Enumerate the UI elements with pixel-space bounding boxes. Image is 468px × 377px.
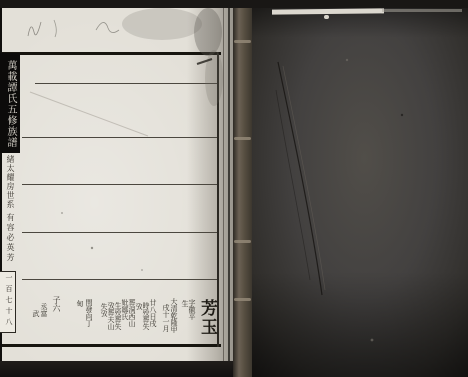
side-generation-line-2: 有容必英芳 xyxy=(3,213,17,263)
side-generation-line-1: 緒太耀房世系 xyxy=(3,155,17,209)
entry-detail-column: 戌十一月 xyxy=(162,304,169,332)
entry-detail-column: 生殁葬失 xyxy=(114,302,121,330)
spine-title-bar: 萬載譚氏五修族譜 xyxy=(0,53,20,153)
page-number: 一百七十八 xyxy=(3,274,14,329)
entry-detail-column: 字徽平 xyxy=(188,299,195,320)
stitch-mark xyxy=(234,137,251,140)
entry-sons-count: 子六 xyxy=(52,296,60,312)
cover-face xyxy=(252,0,468,377)
entry-detail-column: 攷葬夫山 xyxy=(107,302,114,330)
stitch-mark xyxy=(234,298,251,301)
top-dark-edge xyxy=(0,0,468,8)
entry-detail-column: 妣鄒氏 xyxy=(121,299,128,320)
entry-detail-column: 葬洞西山 xyxy=(128,299,135,327)
entry-detail-column: 廿八日戌 xyxy=(149,299,156,327)
cover-scratch-marks xyxy=(252,0,468,377)
stitch-mark xyxy=(234,240,251,243)
entry-detail-column: 閏發向丁 xyxy=(85,299,92,327)
entry-detail-column: 攷 xyxy=(135,303,142,310)
entry-detail-column: 甸 xyxy=(76,300,83,307)
entry-detail-column: 失攷 xyxy=(100,303,107,317)
entry-name: 芳玉 xyxy=(196,299,217,337)
scanned-genealogy-screenshot: 萬載譚氏五修族譜 緒太耀房世系 有容必英芳 一百七十八 芳玉 字徽平 生 大清乾… xyxy=(0,0,468,377)
stitch-mark xyxy=(234,40,251,43)
entry-detail-column: 生 xyxy=(181,300,188,307)
page-number-box: 一百七十八 xyxy=(0,271,16,333)
entry-detail-column: 時殁葬失 xyxy=(142,302,149,330)
book-cover xyxy=(233,0,468,377)
entry-detail-column: 丞富 xyxy=(40,303,47,317)
bottom-dark-edge xyxy=(0,361,233,377)
entry-detail-column: 大清乾隆甲 xyxy=(170,298,177,333)
entry-detail-column: 武 xyxy=(32,310,39,317)
spine-title-text: 萬載譚氏五修族譜 xyxy=(5,60,16,148)
cover-spine xyxy=(233,0,253,377)
